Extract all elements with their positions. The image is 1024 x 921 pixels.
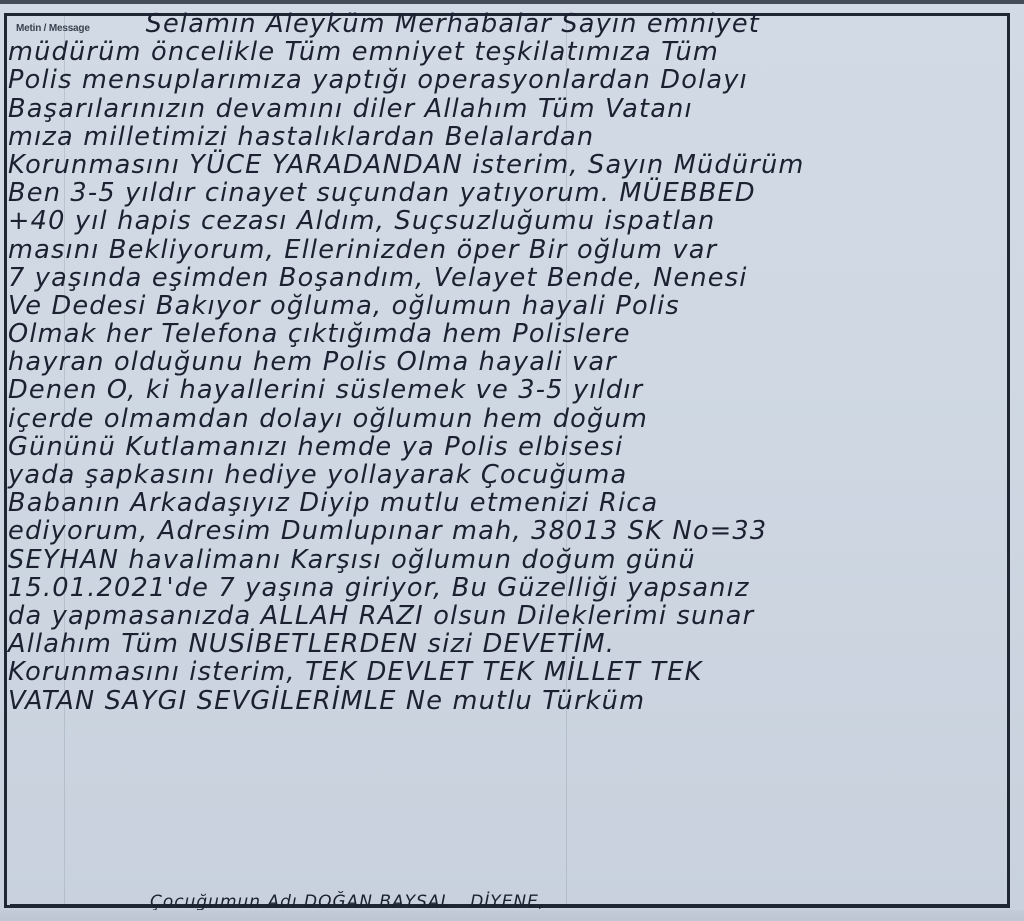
letter-line: Korunmasını isterim, TEK DEVLET TEK MİLL…	[8, 658, 993, 686]
letter-line: masını Bekliyorum, Ellerinizden öper Bir…	[8, 236, 993, 264]
child-name-signature: Çocuğumun Adı DOĞAN BAYSAL	[150, 892, 451, 912]
top-border-rule	[0, 0, 1024, 4]
letter-line: Selamın Aleyküm Merhabalar Sayın emniyet	[8, 10, 991, 38]
signature-line: Çocuğumun Adı DOĞAN BAYSAL DİYENE,	[150, 892, 545, 912]
paper-bottom-edge	[0, 910, 1024, 921]
letter-line: 15.01.2021'de 7 yaşına giriyor, Bu Güzel…	[8, 574, 993, 602]
letter-line: SEYHAN havalimanı Karşısı oğlumun doğum …	[8, 546, 993, 574]
letter-line: Denen O, ki hayallerini süslemek ve 3-5 …	[8, 376, 993, 404]
letter-line: +40 yıl hapis cezası Aldım, Suçsuzluğumu…	[8, 207, 993, 235]
letter-line: 7 yaşında eşimden Boşandım, Velayet Bend…	[8, 264, 993, 292]
letter-line: Olmak her Telefona çıktığımda hem Polisl…	[8, 320, 993, 348]
letter-line: Gününü Kutlamanızı hemde ya Polis elbise…	[8, 433, 993, 461]
scanned-letter-page: Metin / Message Selamın Aleyküm Merhabal…	[0, 0, 1024, 921]
letter-line: Korunmasını YÜCE YARADANDAN isterim, Say…	[8, 151, 993, 179]
letter-line: mıza milletimizi hastalıklardan Belalard…	[8, 123, 993, 151]
letter-line: Ve Dedesi Bakıyor oğluma, oğlumun hayali…	[8, 292, 993, 320]
letter-line: içerde olmamdan dolayı oğlumun hem doğum	[8, 405, 993, 433]
letter-line: Allahım Tüm NUSİBETLERDEN sizi DEVETİM.	[8, 630, 993, 658]
letter-line: VATAN SAYGI SEVGİLERİMLE Ne mutlu Türküm	[8, 687, 993, 715]
handwritten-message: Selamın Aleyküm Merhabalar Sayın emniyet…	[8, 10, 1008, 715]
closing-word: DİYENE,	[470, 892, 545, 912]
letter-line: Babanın Arkadaşıyız Diyip mutlu etmenizi…	[8, 489, 993, 517]
letter-line: Polis mensuplarımıza yaptığı operasyonla…	[8, 66, 993, 94]
letter-line: yada şapkasını hediye yollayarak Çocuğum…	[8, 461, 993, 489]
letter-line: müdürüm öncelikle Tüm emniyet teşkilatım…	[8, 38, 993, 66]
letter-line: da yapmasanızda ALLAH RAZI olsun Dilekle…	[8, 602, 993, 630]
letter-line: Ben 3-5 yıldır cinayet suçundan yatıyoru…	[8, 179, 993, 207]
letter-line: ediyorum, Adresim Dumlupınar mah, 38013 …	[8, 517, 993, 545]
letter-line: hayran olduğunu hem Polis Olma hayali va…	[8, 348, 993, 376]
letter-line: Başarılarınızın devamını diler Allahım T…	[8, 95, 993, 123]
